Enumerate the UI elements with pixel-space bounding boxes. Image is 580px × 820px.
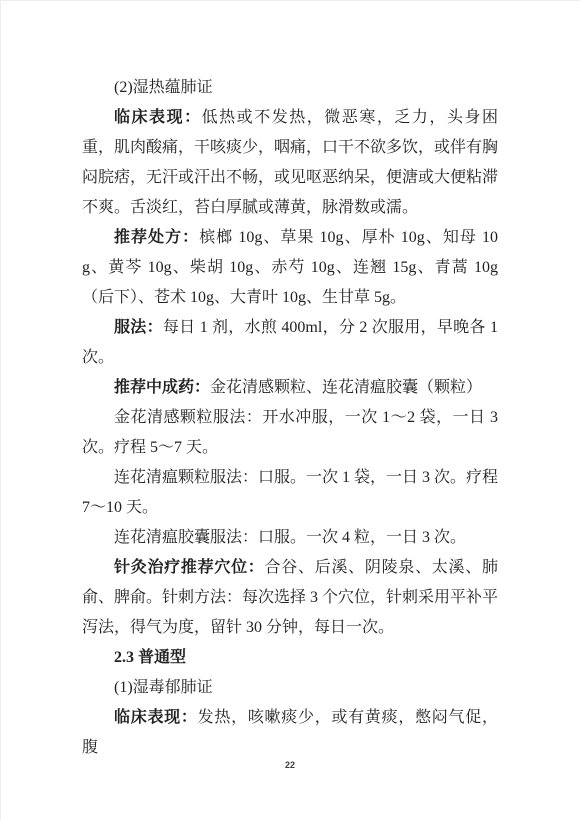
paragraph-acupuncture-recommendation: 针灸治疗推荐穴位：合谷、后溪、阴陵泉、太溪、肺俞、脾俞。针刺方法：每次选择 3 … bbox=[82, 553, 498, 643]
paragraph-text: 连花清瘟颗粒服法：口服。一次 1 袋，一日 3 次。疗程 7～10 天。 bbox=[82, 469, 498, 516]
paragraph-jinhua-qinggan-granule-dosage: 金花清感颗粒服法：开水冲服，一次 1～2 袋，一日 3 次。疗程 5～7 天。 bbox=[82, 403, 498, 463]
paragraph-label: 推荐处方： bbox=[114, 229, 199, 246]
paragraph-text: 连花清瘟胶囊服法：口服。一次 4 粒，一日 3 次。 bbox=[114, 529, 466, 546]
document-page: (2)湿热蕴肺证临床表现：低热或不发热，微恶寒，乏力，头身困重，肌肉酸痛，干咳痰… bbox=[0, 0, 580, 820]
paragraph-label: 临床表现： bbox=[114, 709, 198, 726]
paragraph-label: 针灸治疗推荐穴位： bbox=[114, 559, 265, 576]
paragraph-label: 2.3 普通型 bbox=[114, 649, 186, 666]
paragraph-text: 金花清感颗粒服法：开水冲服，一次 1～2 袋，一日 3 次。疗程 5～7 天。 bbox=[82, 409, 498, 456]
paragraph-administration-method: 服法：每日 1 剂，水煎 400ml，分 2 次服用，早晚各 1 次。 bbox=[82, 313, 498, 373]
paragraph-label: 推荐中成药： bbox=[114, 379, 210, 396]
paragraph-text: (2)湿热蕴肺证 bbox=[114, 79, 213, 96]
paragraph-clinical-manifestations-damp-toxin: 临床表现：发热，咳嗽痰少，或有黄痰，憋闷气促，腹 bbox=[82, 703, 498, 763]
document-body: (2)湿热蕴肺证临床表现：低热或不发热，微恶寒，乏力，头身困重，肌肉酸痛，干咳痰… bbox=[82, 73, 498, 763]
paragraph-syndrome-heading-damp-heat-lung: (2)湿热蕴肺证 bbox=[82, 73, 498, 103]
paragraph-text: 金花清感颗粒、连花清瘟胶囊（颗粒） bbox=[210, 379, 482, 396]
paragraph-label: 服法： bbox=[114, 319, 163, 336]
paragraph-recommended-patent-medicines: 推荐中成药：金花清感颗粒、连花清瘟胶囊（颗粒） bbox=[82, 373, 498, 403]
paragraph-clinical-manifestations-damp-heat: 临床表现：低热或不发热，微恶寒，乏力，头身困重，肌肉酸痛，干咳痰少，咽痛，口干不… bbox=[82, 103, 498, 223]
paragraph-text: (1)湿毒郁肺证 bbox=[114, 679, 213, 696]
paragraph-lianhua-qingwen-capsule-dosage: 连花清瘟胶囊服法：口服。一次 4 粒，一日 3 次。 bbox=[82, 523, 498, 553]
page-number: 22 bbox=[285, 760, 295, 770]
paragraph-lianhua-qingwen-granule-dosage: 连花清瘟颗粒服法：口服。一次 1 袋，一日 3 次。疗程 7～10 天。 bbox=[82, 463, 498, 523]
paragraph-label: 临床表现： bbox=[114, 109, 202, 126]
paragraph-syndrome-heading-damp-toxin-lung: (1)湿毒郁肺证 bbox=[82, 673, 498, 703]
paragraph-recommended-prescription: 推荐处方：槟榔 10g、草果 10g、厚朴 10g、知母 10g、黄芩 10g、… bbox=[82, 223, 498, 313]
paragraph-section-2-3-heading: 2.3 普通型 bbox=[82, 643, 498, 673]
page-footer: 22 bbox=[0, 755, 580, 773]
